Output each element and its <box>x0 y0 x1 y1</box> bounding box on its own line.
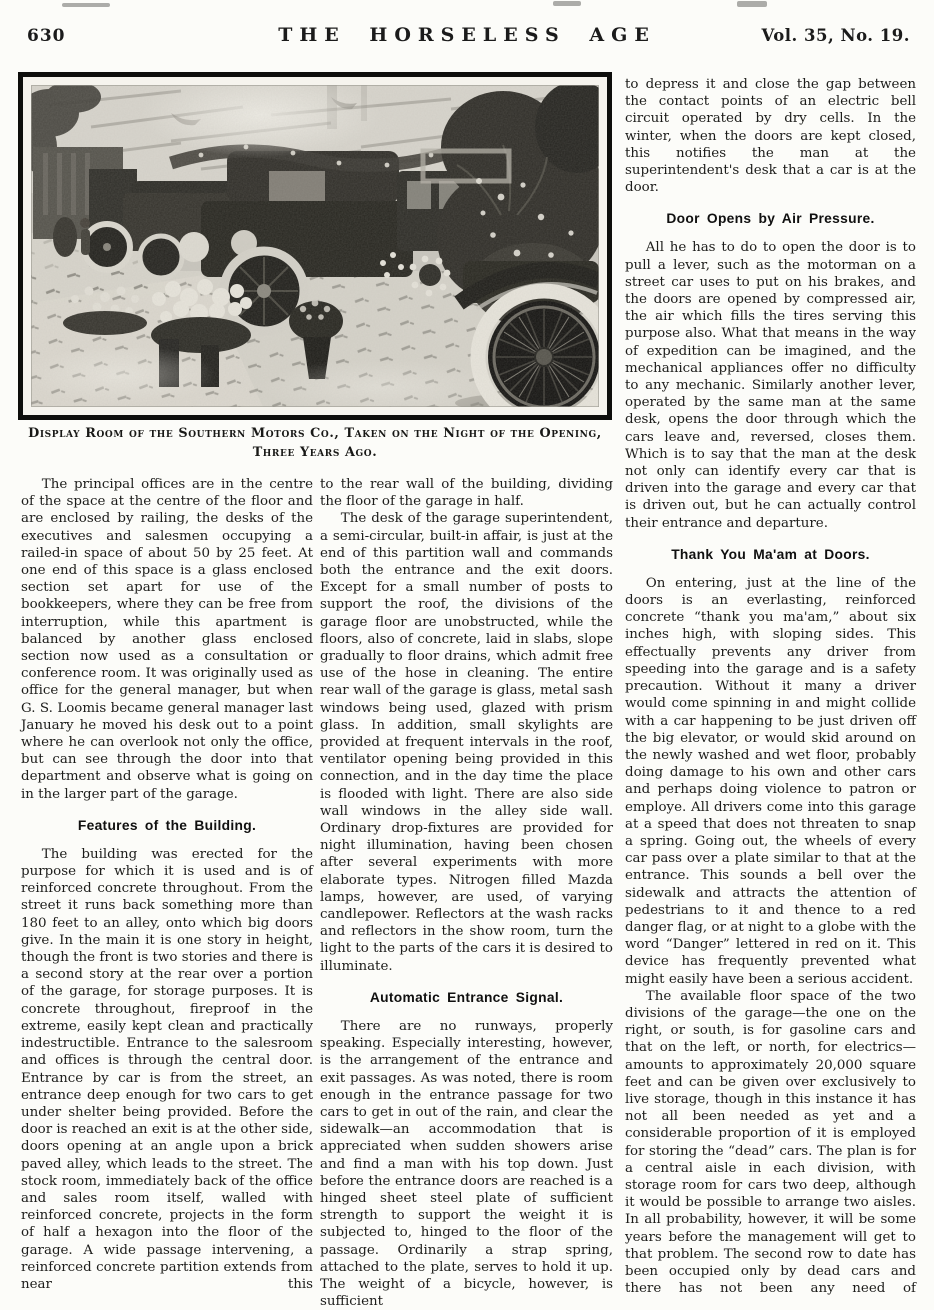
body-paragraph: The available floor space of the two div… <box>625 988 916 1298</box>
display-room-photograph <box>18 72 612 420</box>
column-middle: to the rear wall of the building, dividi… <box>320 476 613 1310</box>
scan-artifact <box>737 1 767 7</box>
body-paragraph: to the rear wall of the building, dividi… <box>320 476 613 510</box>
body-paragraph: All he has to do to open the door is to … <box>625 239 916 531</box>
section-heading: Door Opens by Air Pressure. <box>625 210 916 228</box>
scan-artifact <box>62 3 110 7</box>
magazine-page: 630 THE HORSELESS AGE Vol. 35, No. 19. <box>0 0 934 1310</box>
section-heading: Thank You Ma'am at Doors. <box>625 546 916 564</box>
figure-caption-line2: Three Years Ago. <box>18 443 612 462</box>
scan-artifact <box>553 1 581 6</box>
body-paragraph: The desk of the garage superintendent, a… <box>320 510 613 974</box>
column-left: The principal offices are in the centre … <box>21 476 313 1293</box>
body-paragraph: The building was erected for the purpose… <box>21 846 313 1293</box>
body-paragraph: There are no runways, properly speaking.… <box>320 1018 613 1310</box>
section-heading: Automatic Entrance Signal. <box>320 989 613 1007</box>
figure-caption: Display Room of the Southern Motors Co.,… <box>18 424 612 462</box>
body-paragraph: The principal offices are in the centre … <box>21 476 313 803</box>
section-heading: Features of the Building. <box>21 817 313 835</box>
body-paragraph: to depress it and close the gap between … <box>625 76 916 196</box>
body-paragraph: On entering, just at the line of the doo… <box>625 575 916 988</box>
halftone-photo-art <box>31 85 599 407</box>
volume-issue: Vol. 35, No. 19. <box>762 26 911 45</box>
figure-caption-line1: Display Room of the Southern Motors Co.,… <box>18 424 612 443</box>
column-right: to depress it and close the gap between … <box>625 76 916 1297</box>
